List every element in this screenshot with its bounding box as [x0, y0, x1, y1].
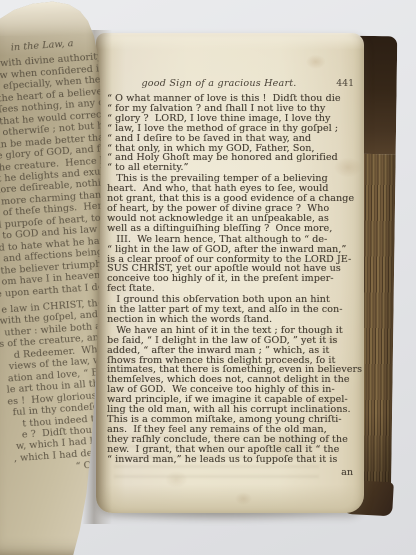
text-line: “ light in the law of GOD, after the inw…	[107, 245, 357, 255]
text-line: fect ſtate.	[107, 284, 357, 294]
page-number: 441	[336, 77, 354, 90]
text-line: well as a diſtinguiſhing bleſſing ? Once…	[107, 224, 357, 234]
text-line: “ inward man,” he leads us to ſuppoſe th…	[107, 455, 357, 465]
page-curl-highlight	[0, 0, 101, 36]
paragraph: I ground this obſervation both upon an h…	[107, 295, 357, 325]
text-line: “ to all eternity.”	[107, 163, 357, 173]
right-page-text: good Sign of a gracious Heart. 441 “ O w…	[107, 77, 357, 479]
paragraph: We have an hint of it in the text ; for …	[107, 326, 357, 465]
left-body-text: both with divine authority,e law when co…	[0, 51, 101, 475]
paragraph: “ O what manner of love is this ! Didſt …	[107, 94, 357, 173]
paragraph: III. We learn hence, That although to “ …	[107, 235, 357, 294]
left-page-text: in the Law, a both with divine authority…	[0, 36, 101, 488]
antique-book-photo: good Sign of a gracious Heart. 441 “ O w…	[0, 0, 416, 555]
text-line: nection in which the words ſtand.	[107, 315, 357, 325]
body-text: “ O what manner of love is this ! Didſt …	[107, 94, 357, 465]
running-header-title: good Sign of a gracious Heart.	[107, 77, 357, 90]
running-header: good Sign of a gracious Heart. 441	[107, 77, 357, 90]
right-page: good Sign of a gracious Heart. 441 “ O w…	[96, 33, 364, 513]
left-page: in the Law, a both with divine authority…	[0, 0, 101, 555]
paragraph: This is the prevailing temper of a belie…	[107, 174, 357, 233]
catchword: an	[107, 466, 357, 479]
